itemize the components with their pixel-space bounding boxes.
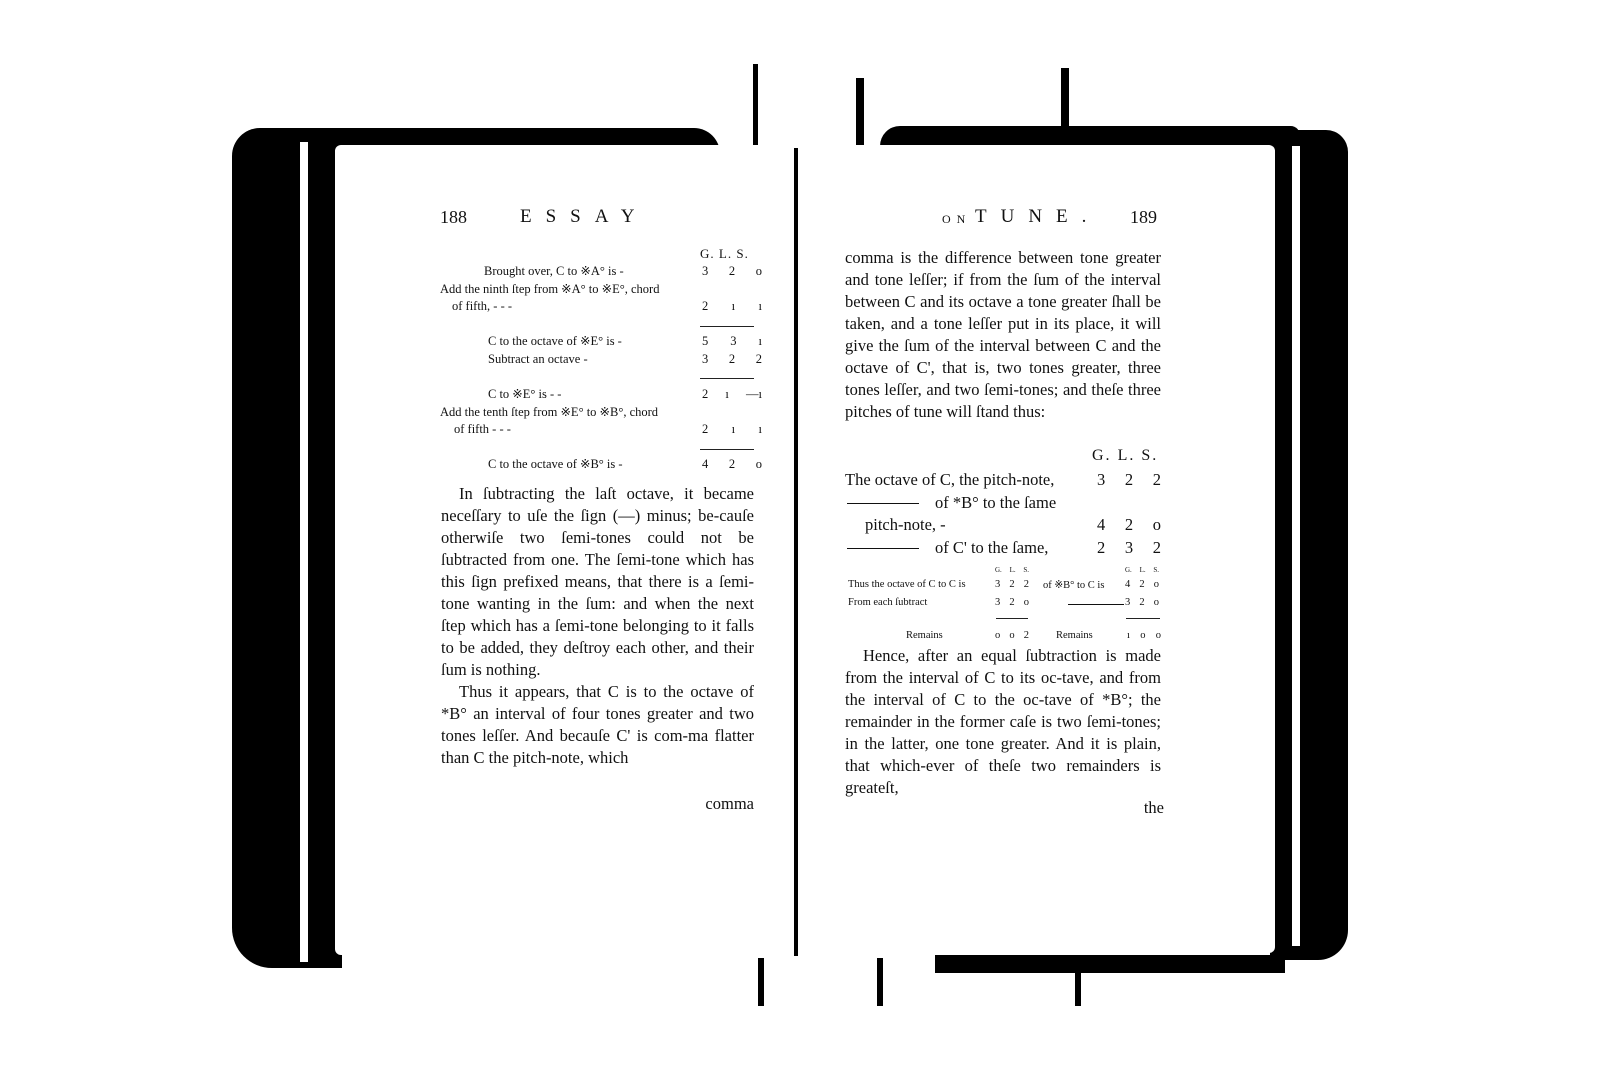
left-table-header: G. L. S. [700, 246, 749, 262]
table-row: of *B° to the ſame [845, 492, 1165, 515]
table-row: of C' to the ſame, 232 [845, 537, 1165, 560]
page-clamp-bottom-3 [1075, 960, 1081, 1006]
table-row: Add the ninth ſtep from ※A° to ※E°, chor… [440, 281, 760, 299]
ditto-rule [847, 503, 919, 504]
pitch-table-header: G. L. S. [1092, 447, 1158, 465]
left-catchword: comma [700, 793, 754, 815]
sub-row1-right-label: of ※B° to C is [1043, 579, 1104, 591]
paragraph: In ſubtracting the laſt octave, it becam… [441, 483, 754, 681]
sum-rule-2 [700, 449, 754, 450]
col-g: G. [700, 246, 715, 261]
page-clamp-bottom-2 [877, 958, 883, 1006]
right-running-head: TUNE. [975, 206, 1100, 228]
sum-rule [700, 326, 754, 327]
remains-left-label: Remains [906, 630, 943, 641]
table-row: C to the octave of ※B° is - 42o [440, 456, 760, 474]
right-body-text-2: Hence, after an equal ſubtraction is mad… [845, 645, 1161, 799]
sub-row2-left-values: 32o [995, 597, 1029, 608]
col-l: L. [719, 246, 732, 261]
sub-row2-right-values: 32o [1125, 597, 1159, 608]
remains-left-values: oo2 [995, 630, 1029, 641]
table-row: of fifth, - - - 2ıı [440, 298, 760, 316]
table-row: Brought over, C to ※A° is - 32o [440, 263, 760, 281]
remains-rule-right [1126, 618, 1160, 619]
book-cover-top-right-edge [880, 126, 1300, 146]
table-row: C to the octave of ※E° is - 53ı [440, 333, 760, 351]
page-clamp-top-3 [1061, 68, 1069, 142]
ditto-rule [847, 548, 919, 549]
sub-table-left-header: G.L.S. [995, 566, 1029, 574]
right-body-text-1: comma is the difference between tone gre… [845, 247, 1161, 423]
book-gutter [794, 148, 798, 956]
left-running-head: ESSAY [520, 206, 648, 228]
remains-rule-left [996, 618, 1028, 619]
paragraph: Thus it appears, that C is to the octave… [441, 681, 754, 769]
col-s: S. [736, 246, 748, 261]
left-interval-table-3: C to ※E° is - - 2ı—ı Add the tenth ſtep … [440, 386, 760, 439]
sub-row2-left-label: From each ſubtract [848, 597, 927, 608]
right-page-number: 189 [1130, 207, 1157, 228]
right-running-head-small: ON [942, 212, 971, 227]
table-row: Add the tenth ſtep from ※E° to ※B°, chor… [440, 404, 760, 422]
page-clamp-top-1 [753, 64, 758, 150]
sub-table-right-header: G.L.S. [1125, 566, 1159, 574]
sub-row1-left-label: Thus the octave of C to C is [848, 579, 966, 590]
right-catchword: the [1110, 797, 1164, 819]
left-interval-table-2: C to the octave of ※E° is - 53ı Subtract… [440, 333, 760, 368]
remains-right-values: ıoo [1127, 630, 1161, 641]
book-edge-highlight-right [1292, 146, 1300, 946]
page-clamp-top-2 [856, 78, 864, 148]
table-row: C to ※E° is - - 2ı—ı [440, 386, 760, 404]
book-cover-left-edge [232, 128, 342, 968]
page-clamp-bottom-1 [758, 958, 764, 1006]
left-page-number: 188 [440, 207, 467, 228]
sub-row1-left-values: 322 [995, 579, 1029, 590]
remains-right-label: Remains [1056, 630, 1093, 641]
table-row: Subtract an octave - 322 [440, 351, 760, 369]
table-row: pitch-note, - 42o [845, 514, 1165, 537]
table-row: The octave of C, the pitch-note, 322 [845, 469, 1165, 492]
left-interval-table-4: C to the octave of ※B° is - 42o [440, 456, 760, 474]
ditto-rule [1068, 604, 1124, 605]
difference-rule [700, 378, 754, 379]
book-cover-bottom-edge [935, 955, 1285, 973]
left-body-text: In ſubtracting the laſt octave, it becam… [441, 483, 754, 769]
sub-row1-right-values: 42o [1125, 579, 1159, 590]
book-cover-right-edge [1270, 130, 1348, 960]
left-interval-table: Brought over, C to ※A° is - 32o Add the … [440, 263, 760, 316]
table-row: of fifth - - - 2ıı [440, 421, 760, 439]
book-edge-highlight-left [300, 142, 308, 962]
pitch-table: The octave of C, the pitch-note, 322 of … [845, 469, 1165, 559]
